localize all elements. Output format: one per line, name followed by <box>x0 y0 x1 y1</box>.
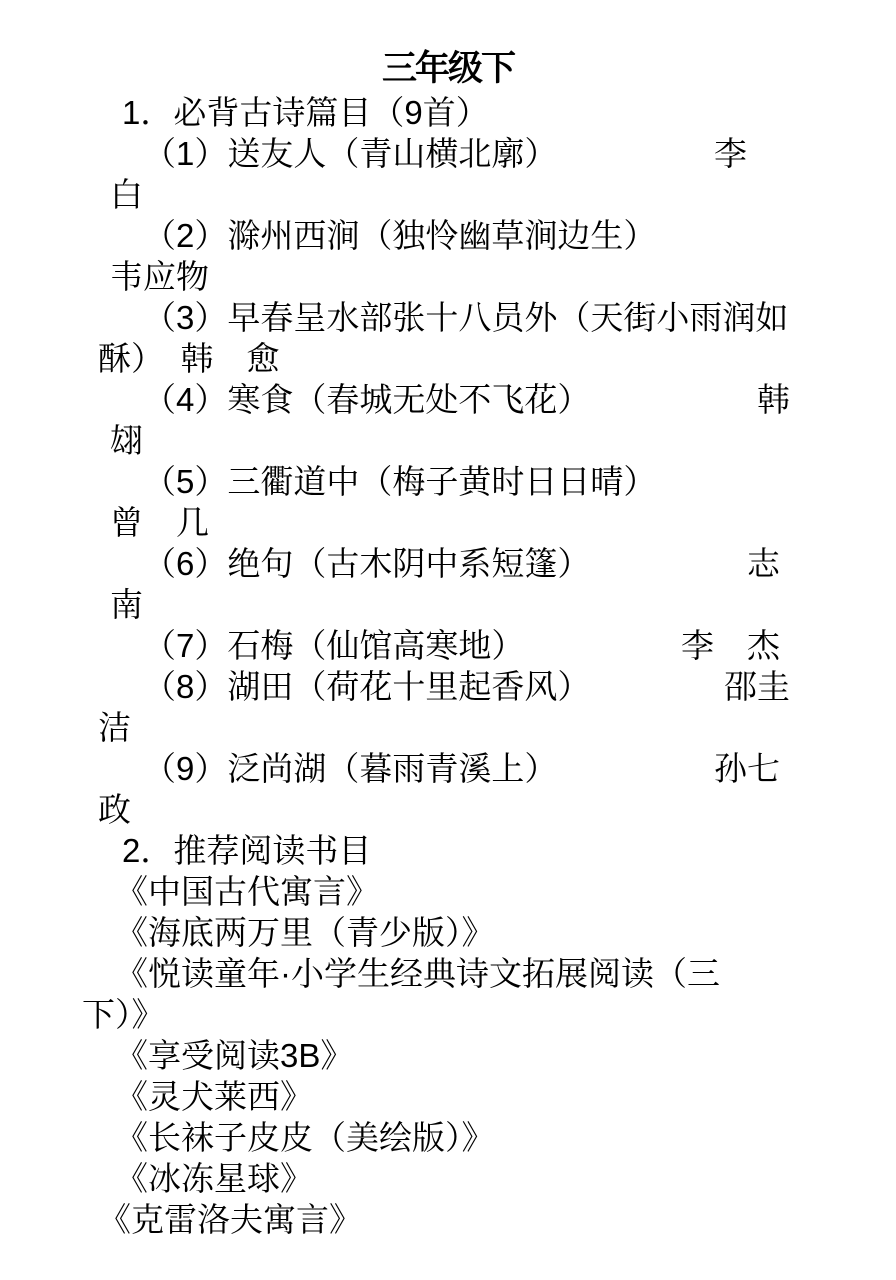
book-item-7: 《冰冻星球》 <box>0 1158 896 1199</box>
document-page: 三年级下 1．必背古诗篇目（9首） （1）送友人（青山横北廓）李 白 （2）滁州… <box>0 0 896 1280</box>
heading-text: 2．推荐阅读书目 <box>122 832 371 869</box>
book-title: 《悦读童年·小学生经典诗文拓展阅读（三 <box>115 955 720 992</box>
poem-title: （9）泛尚湖（暮雨青溪上） <box>143 750 557 787</box>
poem-item-9-wrap: 政 <box>0 789 896 830</box>
poem-item-5-author-line: 曾 几 <box>0 502 896 543</box>
poem-author: 曾 几 <box>110 504 209 541</box>
poem-item-1: （1）送友人（青山横北廓）李 <box>0 133 896 174</box>
poem-author: 邵圭 <box>724 666 790 707</box>
book-item-6: 《长袜子皮皮（美绘版）》 <box>0 1117 896 1158</box>
poem-item-8-wrap: 洁 <box>0 707 896 748</box>
book-title: 《享受阅读3B》 <box>115 1037 353 1074</box>
poem-title: （2）滁州西涧（独怜幽草涧边生） <box>143 217 656 254</box>
poem-author-wrap: 翃 <box>110 422 143 459</box>
poem-item-2-author-line: 韦应物 <box>0 256 896 297</box>
poem-item-6-wrap: 南 <box>0 584 896 625</box>
poem-item-6: （6）绝句（古木阴中系短篷）志 <box>0 543 896 584</box>
section-heading-poems: 1．必背古诗篇目（9首） <box>0 92 896 133</box>
poem-title: （4）寒食（春城无处不飞花） <box>143 381 590 418</box>
book-title: 《长袜子皮皮（美绘版）》 <box>115 1119 495 1156</box>
poem-author: 韩 <box>757 379 790 420</box>
poem-item-4-wrap: 翃 <box>0 420 896 461</box>
poem-title: （8）湖田（荷花十里起香风） <box>143 668 590 705</box>
poem-item-7: （7）石梅（仙馆高寒地）李 杰 <box>0 625 896 666</box>
poem-item-3-wrap: 酥） 韩 愈 <box>0 338 896 379</box>
poem-title: （1）送友人（青山横北廓） <box>143 135 557 172</box>
poem-title: （6）绝句（古木阴中系短篷） <box>143 545 590 582</box>
poem-item-1-wrap: 白 <box>0 174 896 215</box>
poem-author-wrap: 南 <box>110 586 143 623</box>
poem-title: （5）三衢道中（梅子黄时日日晴） <box>143 463 656 500</box>
book-item-8: 《克雷洛夫寓言》 <box>0 1199 896 1240</box>
poem-author-wrap: 政 <box>98 791 131 828</box>
poem-item-9: （9）泛尚湖（暮雨青溪上）孙七 <box>0 748 896 789</box>
poem-author: 李 <box>714 133 747 174</box>
book-title: 《海底两万里（青少版）》 <box>115 914 495 951</box>
book-item-1: 《中国古代寓言》 <box>0 871 896 912</box>
book-item-3-wrap: 下）》 <box>0 994 896 1035</box>
poem-title-wrap-and-author: 酥） 韩 愈 <box>98 340 280 377</box>
poem-author: 李 杰 <box>681 625 780 666</box>
poem-item-8: （8）湖田（荷花十里起香风）邵圭 <box>0 666 896 707</box>
poem-item-3: （3）早春呈水部张十八员外（天街小雨润如 <box>0 297 896 338</box>
book-item-2: 《海底两万里（青少版）》 <box>0 912 896 953</box>
book-item-4: 《享受阅读3B》 <box>0 1035 896 1076</box>
heading-text: 1．必背古诗篇目（9首） <box>122 94 489 131</box>
poem-title: （3）早春呈水部张十八员外（天街小雨润如 <box>143 299 788 336</box>
book-title: 《灵犬莱西》 <box>115 1078 313 1115</box>
poem-author-wrap: 白 <box>110 176 143 213</box>
poem-author: 韦应物 <box>110 258 209 295</box>
book-title: 《冰冻星球》 <box>115 1160 313 1197</box>
poem-author-wrap: 洁 <box>98 709 131 746</box>
book-item-3: 《悦读童年·小学生经典诗文拓展阅读（三 <box>0 953 896 994</box>
poem-author: 孙七 <box>714 748 780 789</box>
page-title: 三年级下 <box>0 46 896 92</box>
book-item-5: 《灵犬莱西》 <box>0 1076 896 1117</box>
poem-item-2: （2）滁州西涧（独怜幽草涧边生） <box>0 215 896 256</box>
section-heading-books: 2．推荐阅读书目 <box>0 830 896 871</box>
poem-item-5: （5）三衢道中（梅子黄时日日晴） <box>0 461 896 502</box>
book-title: 《中国古代寓言》 <box>115 873 379 910</box>
poem-item-4: （4）寒食（春城无处不飞花）韩 <box>0 379 896 420</box>
poem-author: 志 <box>747 543 780 584</box>
book-title-wrap: 下）》 <box>82 996 165 1033</box>
book-title: 《克雷洛夫寓言》 <box>98 1201 362 1238</box>
poem-title: （7）石梅（仙馆高寒地） <box>143 627 524 664</box>
